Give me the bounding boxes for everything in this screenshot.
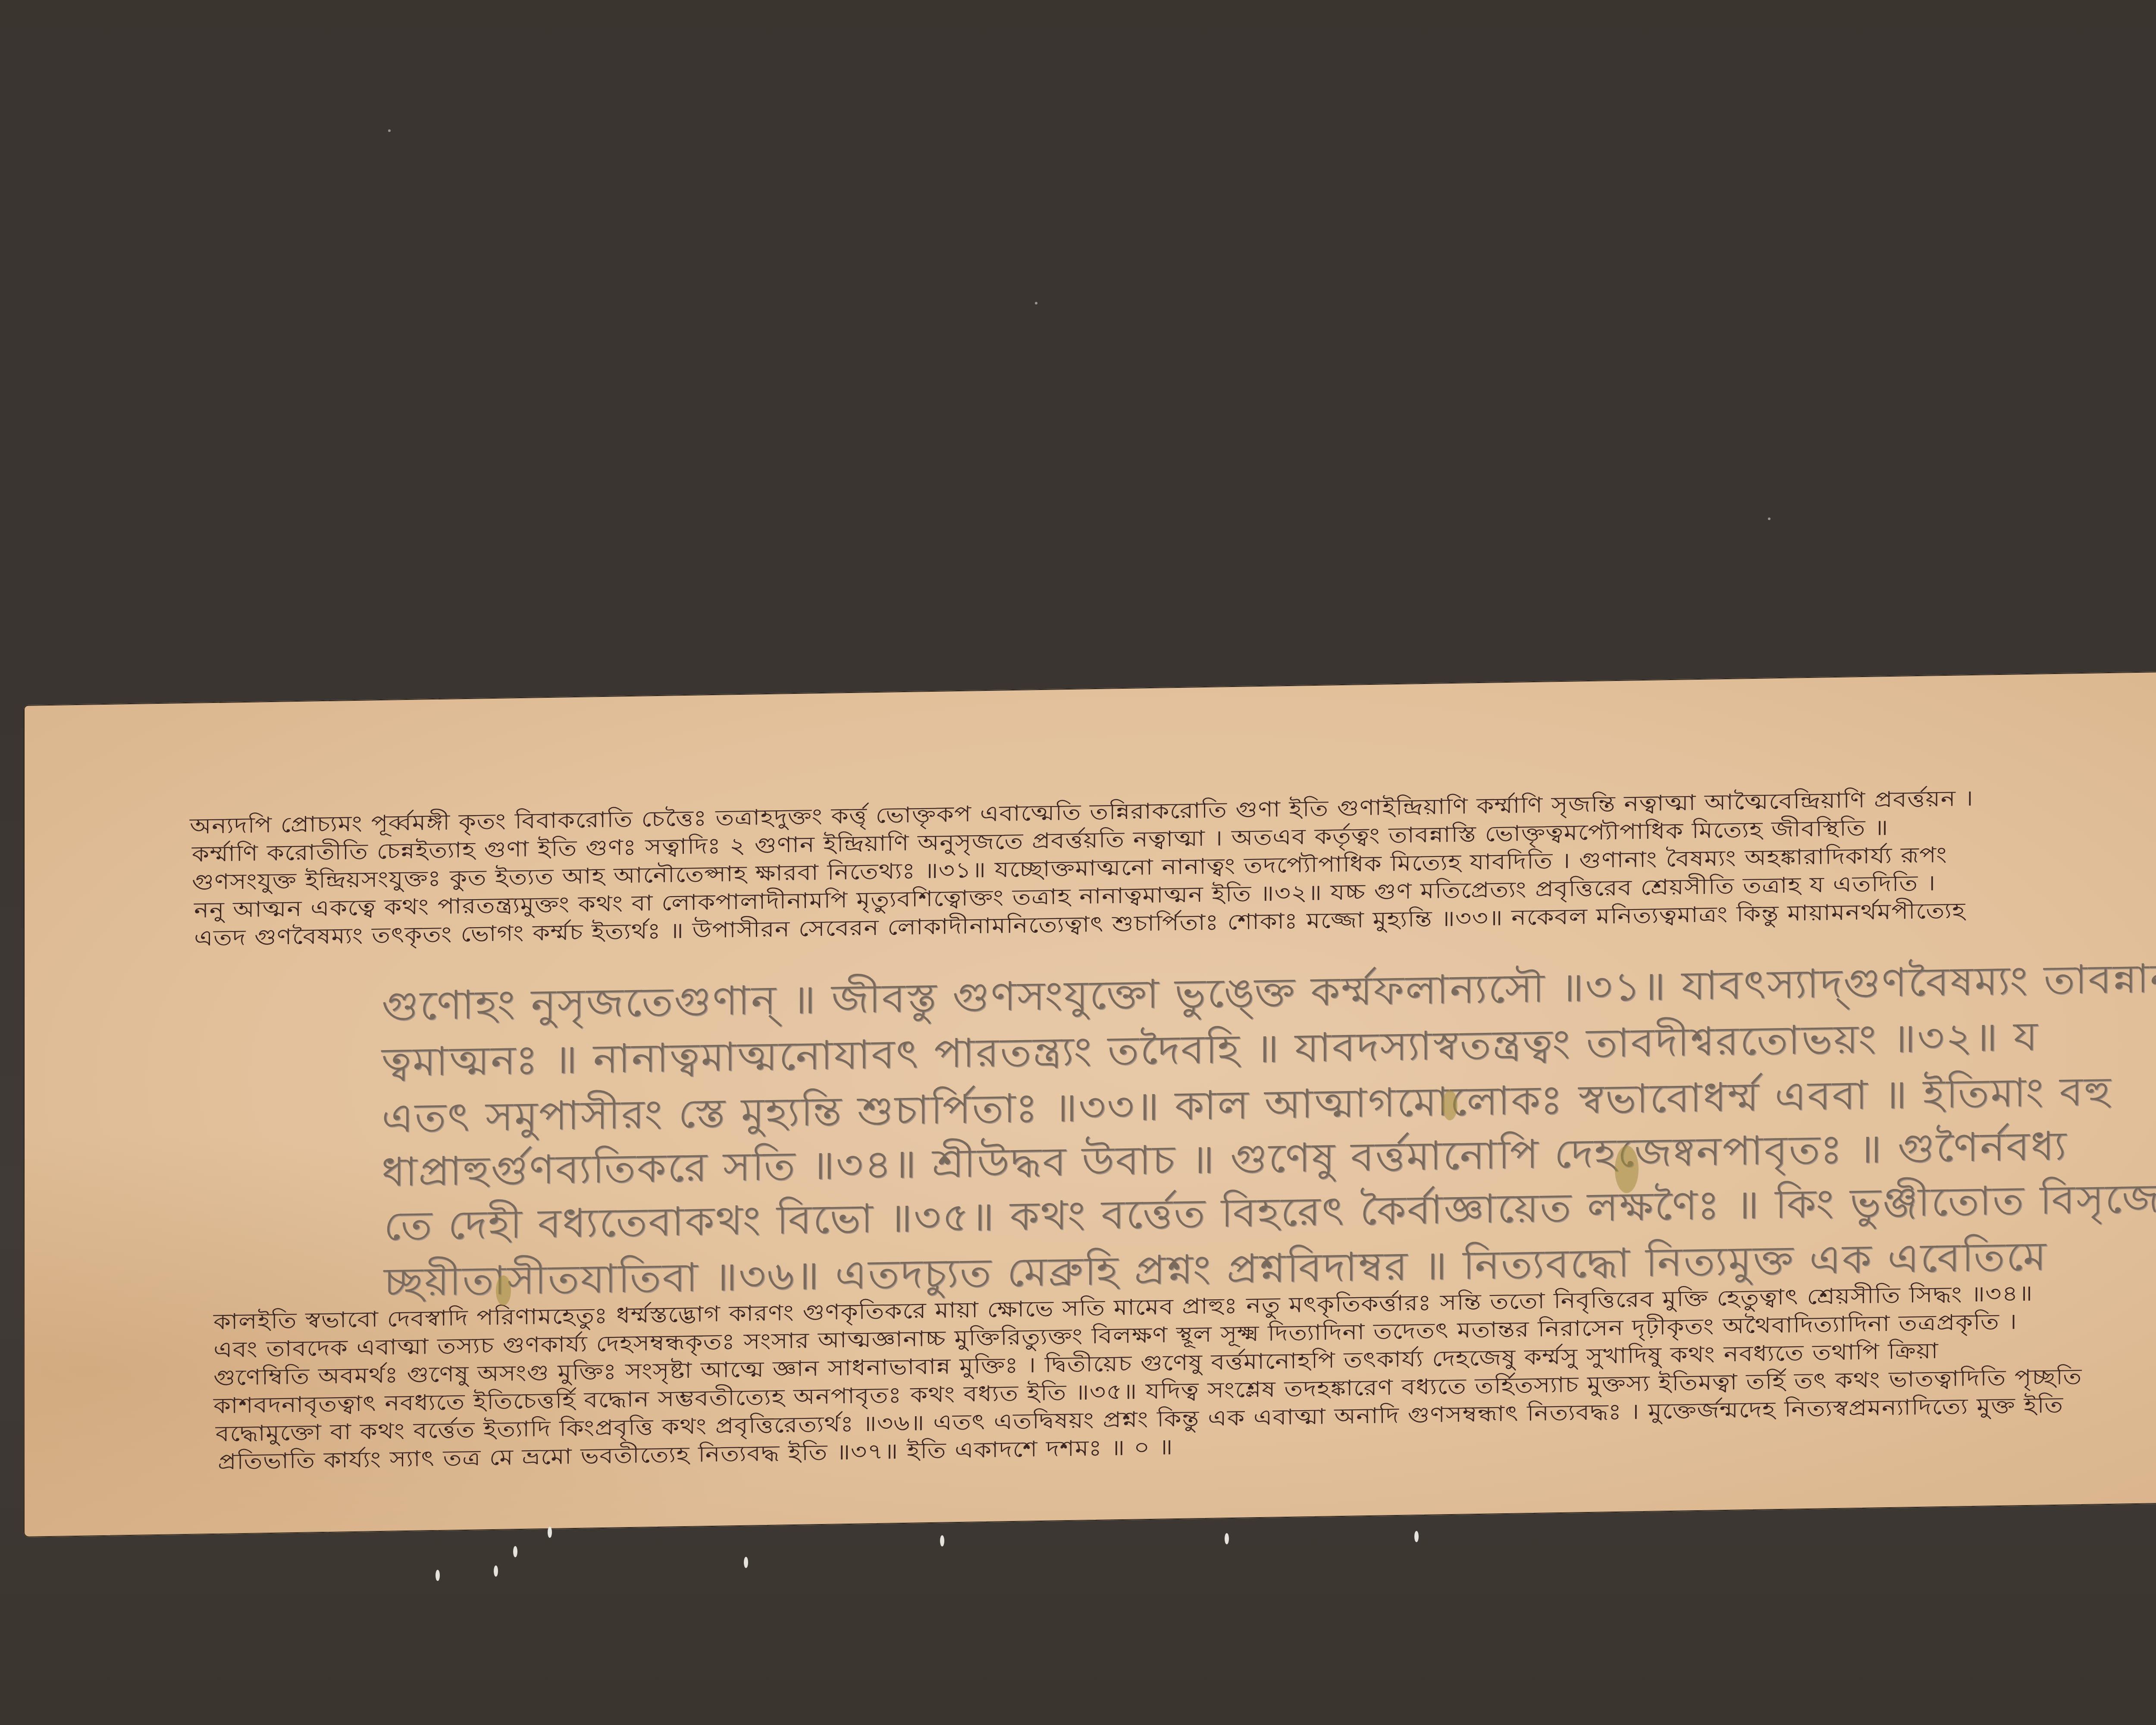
- manuscript-page: অন্যদপি প্রোচ্যমং পূর্ব্বমঙ্গী কৃতং বিবা…: [24, 669, 2156, 1537]
- mounting-pin: [513, 1546, 517, 1557]
- mounting-pin: [940, 1535, 944, 1546]
- mounting-pin: [1225, 1533, 1229, 1544]
- upper-commentary: অন্যদপি প্রোচ্যমং পূর্ব্বমঙ্গী কৃতং বিবা…: [24, 777, 2156, 813]
- mounting-pin: [494, 1565, 498, 1577]
- dust-speck: [1768, 517, 1771, 520]
- mounting-pin: [1414, 1531, 1419, 1542]
- mounting-pin: [548, 1527, 552, 1538]
- dust-speck: [1035, 302, 1037, 304]
- ink-stain: [1615, 1145, 1639, 1193]
- dust-speck: [388, 129, 391, 132]
- ink-stain: [496, 1275, 511, 1306]
- mounting-pin: [744, 1557, 748, 1568]
- mounting-pin: [436, 1570, 440, 1581]
- ink-stain: [1442, 1090, 1457, 1121]
